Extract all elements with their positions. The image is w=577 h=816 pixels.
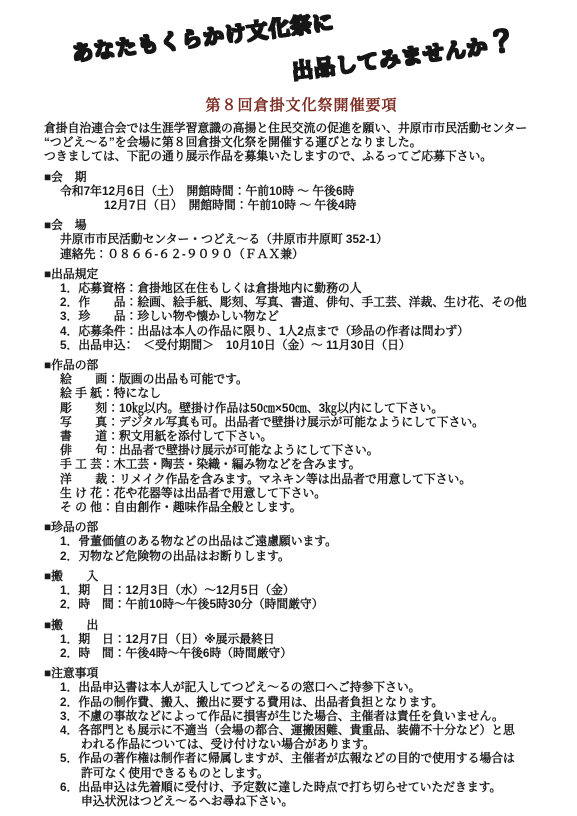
section-entry-rules-row-5: 5．出品申込： ＜受付期間＞ 10月10日（金）～ 11月30日（日） [60,338,559,352]
section-rare-items-row-1: 1．骨董価値のある物などの出品はご遠慮願います。 [60,534,559,548]
section-notes-row-5: われる作品については、受け付けない場合があります。 [60,737,559,751]
section-session-dates-row-1: 令和7年12月6日（土） 開館時間：午前10時 ～ 午後6時 [60,184,559,198]
section-notes-row-6: 5．作品の著作権は制作者に帰属しますが、主催者が広報などの目的で使用する場合は [60,751,559,765]
page-title: 第８回倉掛文化祭開催要項 [44,94,559,115]
section-rows-entry-rules: 1．応募資格：倉掛地区在住もしくは倉掛地内に勤務の人2．作 品：絵画、絵手紙、彫… [44,281,559,352]
section-heading-venue: ■会 場 [44,218,559,232]
section-rare-items: ■珍品の部1．骨董価値のある物などの出品はご遠慮願います。2．刃物など危険物の出… [44,520,559,563]
banner-question-mark: ？ [486,24,519,60]
section-venue-row-2: 連絡先：０８６６-６２-９０９０（ＦＡＸ兼） [60,247,559,261]
section-session-dates-row-2: 12月7日（日） 開館時間：午前10時 ～ 午後4時 [60,198,559,212]
section-heading-entry-rules: ■出品規定 [44,267,559,281]
section-work-categories: ■作品の部絵 画：版画の出品も可能です。絵 手 紙：特になし彫 刻：10㎏以内。… [44,358,559,514]
section-work-categories-row-1: 絵 画：版画の出品も可能です。 [60,372,559,386]
section-heading-session-dates: ■会 期 [44,170,559,184]
section-work-categories-row-3: 彫 刻：10㎏以内。壁掛け作品は50㎝×50㎝、3㎏以内にして下さい。 [60,401,559,415]
section-carry-out-row-2: 2．時 間：午後4時～午後6時（時間厳守） [60,646,559,660]
intro-line-2: “つどえ～る”を会場に第８回倉掛文化祭を開催する運びとなりました。 [44,135,559,149]
section-work-categories-row-4: 写 真：デジタル写真も可。出品者で壁掛け展示が可能なようにして下さい。 [60,415,559,429]
section-heading-rare-items: ■珍品の部 [44,520,559,534]
section-session-dates: ■会 期令和7年12月6日（土） 開館時間：午前10時 ～ 午後6時12月7日（… [44,170,559,213]
section-rows-carry-out: 1．期 日：12月7日（日）※展示最終日2．時 間：午後4時～午後6時（時間厳守… [44,632,559,660]
section-work-categories-row-9: 生 け 花：花や花器等は出品者で用意して下さい。 [60,486,559,500]
section-rows-session-dates: 令和7年12月6日（土） 開館時間：午前10時 ～ 午後6時12月7日（日） 開… [44,184,559,212]
section-notes-row-4: 4．各部門とも展示に不適当（会場の都合、運搬困難、貴重品、装備不十分など）と思 [60,723,559,737]
section-rows-rare-items: 1．骨董価値のある物などの出品はご遠慮願います。2．刃物など危険物の出品はお断り… [44,534,559,562]
banner-line2-text: 出品してみませんか [291,35,490,84]
section-work-categories-row-10: そ の 他：自由創作・趣味作品全般とします。 [60,500,559,514]
section-heading-work-categories: ■作品の部 [44,358,559,372]
section-entry-rules-row-4: 4．応募条件：出品は本人の作品に限り、1人2点まで（珍品の作者は問わず） [60,324,559,338]
section-carry-out-row-1: 1．期 日：12月7日（日）※展示最終日 [60,632,559,646]
section-notes-row-7: 許可なく使用できるものとします。 [60,766,559,780]
section-carry-in-row-1: 1．期 日：12月3日（水）～12月5日（金） [60,583,559,597]
section-carry-in-row-2: 2．時 間：午前10時～午後5時30分（時間厳守） [60,597,559,611]
section-entry-rules-row-2: 2．作 品：絵画、絵手紙、彫刻、写真、書道、俳句、手工芸、洋裁、生け花、その他 [60,295,559,309]
section-notes-row-2: 2．作品の制作費、搬入、搬出に要する費用は、出品者負担となります。 [60,695,559,709]
section-rows-carry-in: 1．期 日：12月3日（水）～12月5日（金）2．時 間：午前10時～午後5時3… [44,583,559,611]
section-notes-row-3: 3．不慮の事故などによって作品に損害が生じた場合、主催者は責任を負いません。 [60,709,559,723]
flyer-page: あなたもくらかけ文化祭に 出品してみませんか？ 第８回倉掛文化祭開催要項 倉掛自… [0,0,577,816]
section-venue-row-1: 井原市市民活動センター・つどえ～る（井原市井原町 352-1） [60,232,559,246]
section-notes-row-9: 申込状況はつどえ～るへお尋ね下さい。 [60,794,559,808]
section-rare-items-row-2: 2．刃物など危険物の出品はお断りします。 [60,549,559,563]
section-work-categories-row-6: 俳 句：出品者で壁掛け展示が可能なようにして下さい。 [60,443,559,457]
section-work-categories-row-7: 手 工 芸：木工芸・陶芸・染織・編み物などを含みます。 [60,457,559,471]
section-entry-rules: ■出品規定1．応募資格：倉掛地区在住もしくは倉掛地内に勤務の人2．作 品：絵画、… [44,267,559,352]
section-work-categories-row-5: 書 道：釈文用紙を添付して下さい。 [60,429,559,443]
intro-paragraph: 倉掛自治連合会では生涯学習意識の高揚と住民交流の促進を願い、井原市市民活動センタ… [44,121,559,164]
section-venue: ■会 場井原市市民活動センター・つどえ～る（井原市井原町 352-1）連絡先：０… [44,218,559,261]
section-heading-notes: ■注意事項 [44,666,559,680]
section-rows-notes: 1．出品申込書は本人が記入してつどえ～るの窓口へご持参下さい。2．作品の制作費、… [44,680,559,808]
section-work-categories-row-8: 洋 裁：リメイク作品を含みます。マネキン等は出品者で用意して下さい。 [60,472,559,486]
sections: ■会 期令和7年12月6日（土） 開館時間：午前10時 ～ 午後6時12月7日（… [44,170,559,809]
section-notes-row-1: 1．出品申込書は本人が記入してつどえ～るの窓口へご持参下さい。 [60,680,559,694]
section-rows-venue: 井原市市民活動センター・つどえ～る（井原市井原町 352-1）連絡先：０８６６-… [44,232,559,260]
section-entry-rules-row-1: 1．応募資格：倉掛地区在住もしくは倉掛地内に勤務の人 [60,281,559,295]
section-carry-in: ■搬 入1．期 日：12月3日（水）～12月5日（金）2．時 間：午前10時～午… [44,569,559,612]
section-rows-work-categories: 絵 画：版画の出品も可能です。絵 手 紙：特になし彫 刻：10㎏以内。壁掛け作品… [44,372,559,514]
section-notes: ■注意事項1．出品申込書は本人が記入してつどえ～るの窓口へご持参下さい。2．作品… [44,666,559,808]
intro-line-1: 倉掛自治連合会では生涯学習意識の高揚と住民交流の促進を願い、井原市市民活動センタ… [44,121,559,135]
banner: あなたもくらかけ文化祭に 出品してみませんか？ [44,0,559,92]
section-heading-carry-out: ■搬 出 [44,618,559,632]
section-carry-out: ■搬 出1．期 日：12月7日（日）※展示最終日2．時 間：午後4時～午後6時（… [44,618,559,661]
section-entry-rules-row-3: 3．珍 品：珍しい物や懐かしい物など [60,309,559,323]
section-work-categories-row-2: 絵 手 紙：特になし [60,386,559,400]
section-heading-carry-in: ■搬 入 [44,569,559,583]
section-notes-row-8: 6．出品申込は先着順に受付け、予定数に達した時点で打ち切らせていただきます。 [60,780,559,794]
intro-line-3: つきましては、下記の通り展示作品を募集いたしますので、ふるってご応募下さい。 [44,149,559,163]
